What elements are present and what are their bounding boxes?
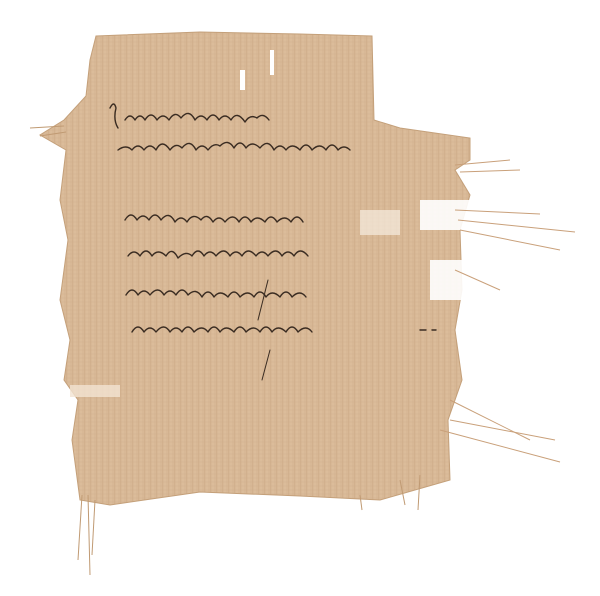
papyrus-sheet xyxy=(40,32,470,505)
photo-stage xyxy=(0,0,600,596)
papyrus-fragment xyxy=(0,0,600,596)
